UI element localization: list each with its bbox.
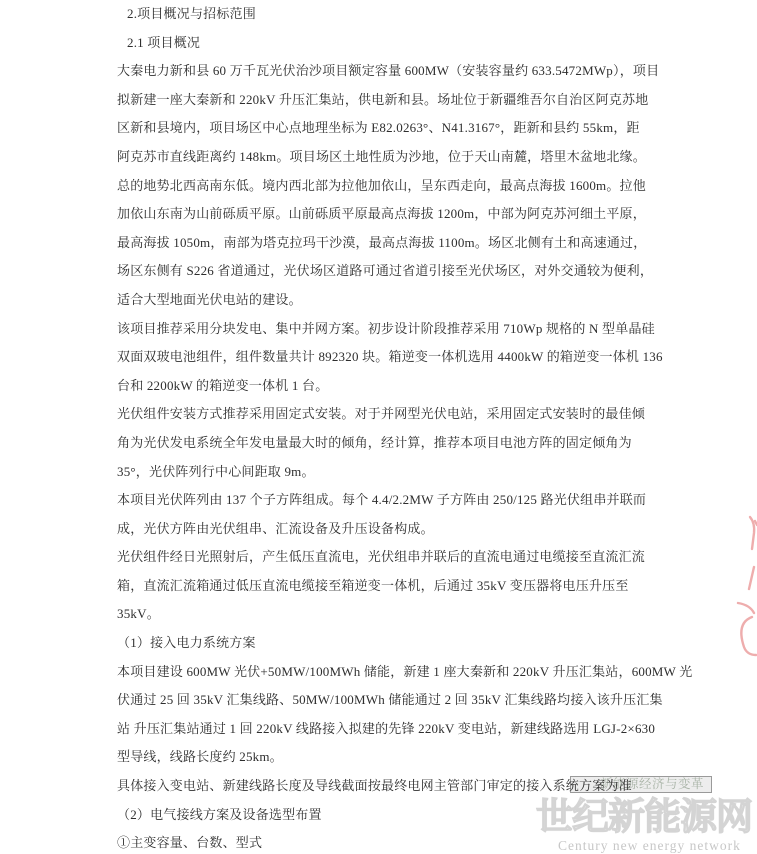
text-line: （1）接入电力系统方案 bbox=[117, 629, 637, 658]
text-line: 角为光伏发电系统全年发电量最大时的倾角，经计算，推荐本项目电池方阵的固定倾角为 bbox=[117, 429, 637, 458]
text-line: 箱，直流汇流箱通过低压直流电缆接至箱逆变一体机，后通过 35kV 变压器将电压升… bbox=[117, 572, 637, 601]
text-line: 场区东侧有 S226 省道通过，光伏场区道路可通过省道引接至光伏场区，对外交通较… bbox=[117, 257, 637, 286]
text-line: 适合大型地面光伏电站的建设。 bbox=[117, 286, 637, 315]
text-line: 35°，光伏阵列行中心间距取 9m。 bbox=[117, 458, 637, 487]
text-line: 大秦电力新和县 60 万千瓦光伏治沙项目额定容量 600MW（安装容量约 633… bbox=[117, 57, 637, 86]
text-line: 伏通过 25 回 35kV 汇集线路、50MW/100MWh 储能通过 2 回 … bbox=[117, 686, 637, 715]
red-pen-marks-icon bbox=[731, 505, 757, 670]
text-line: 本项目建设 600MW 光伏+50MW/100MWh 储能，新建 1 座大秦新和… bbox=[117, 658, 637, 687]
text-line: 光伏组件安装方式推荐采用固定式安装。对于并网型光伏电站，采用固定式安装时的最佳倾 bbox=[117, 400, 637, 429]
text-line: 站 升压汇集站通过 1 回 220kV 线路接入拟建的先锋 220kV 变电站，… bbox=[117, 715, 637, 744]
text-line: 成，光伏方阵由光伏组串、汇流设备及升压设备构成。 bbox=[117, 515, 637, 544]
text-line: 具体接入变电站、新建线路长度及导线截面按最终电网主管部门审定的接入系统方案为准 bbox=[117, 772, 637, 801]
text-line: 2.项目概况与招标范围 bbox=[117, 0, 637, 29]
text-line: 本项目光伏阵列由 137 个子方阵组成。每个 4.4/2.2MW 子方阵由 25… bbox=[117, 486, 637, 515]
text-line: 区新和县境内，项目场区中心点地理坐标为 E82.0263°、N41.3167°，… bbox=[117, 114, 637, 143]
text-line: 2.1 项目概况 bbox=[117, 29, 637, 58]
text-line: 阿克苏市直线距离约 148km。项目场区土地性质为沙地，位于天山南麓，塔里木盆地… bbox=[117, 143, 637, 172]
text-line: 型导线，线路长度约 25km。 bbox=[117, 743, 637, 772]
text-line: 拟新建一座大秦新和 220kV 升压汇集站，供电新和县。场址位于新疆维吾尔自治区… bbox=[117, 86, 637, 115]
text-line: （2）电气接线方案及设备选型布置 bbox=[117, 801, 637, 830]
text-line: 加依山东南为山前砾质平原。山前砾质平原最高点海拔 1200m，中部为阿克苏河细土… bbox=[117, 200, 637, 229]
text-line: ①主变容量、台数、型式 bbox=[117, 829, 637, 854]
document-text-block: 2.项目概况与招标范围2.1 项目概况大秦电力新和县 60 万千瓦光伏治沙项目额… bbox=[117, 0, 637, 854]
text-line: 双面双玻电池组件，组件数量共计 892320 块。箱逆变一体机选用 4400kW… bbox=[117, 343, 637, 372]
text-line: 最高海拔 1050m，南部为塔克拉玛干沙漠，最高点海拔 1100m。场区北侧有土… bbox=[117, 229, 637, 258]
text-line: 35kV。 bbox=[117, 600, 637, 629]
document-page: 新能源经济与变革 世纪新能源网 Century new energy netwo… bbox=[0, 0, 757, 854]
text-line: 该项目推荐采用分块发电、集中并网方案。初步设计阶段推荐采用 710Wp 规格的 … bbox=[117, 315, 637, 344]
text-line: 光伏组件经日光照射后，产生低压直流电，光伏组串并联后的直流电通过电缆接至直流汇流 bbox=[117, 543, 637, 572]
text-line: 总的地势北西高南东低。境内西北部为拉他加依山，呈东西走向，最高点海拔 1600m… bbox=[117, 172, 637, 201]
text-line: 台和 2200kW 的箱逆变一体机 1 台。 bbox=[117, 372, 637, 401]
